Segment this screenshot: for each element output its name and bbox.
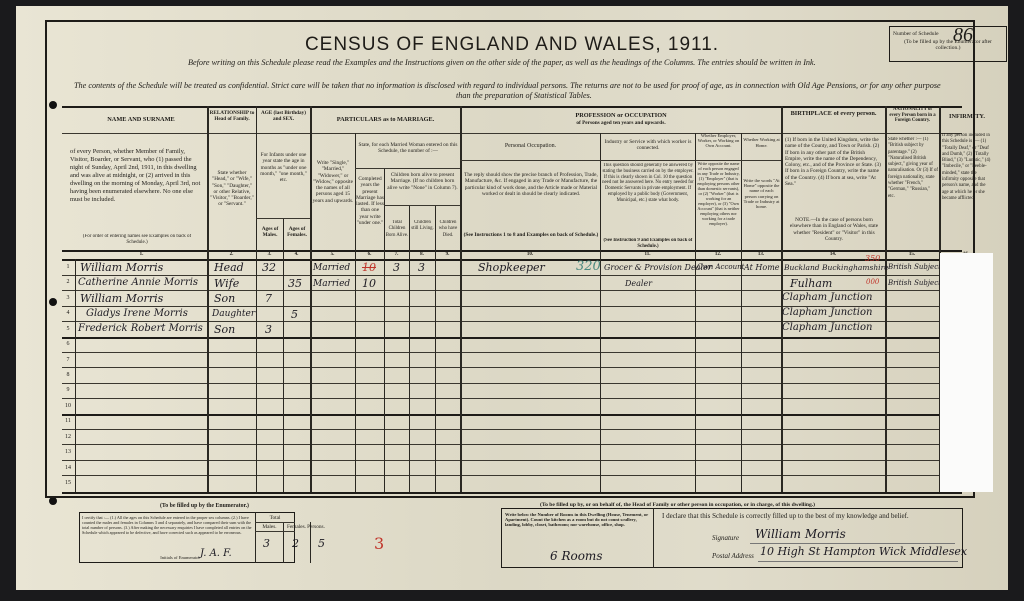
col-divider: [207, 106, 209, 492]
header-personal-title: Personal Occupation.: [462, 143, 599, 149]
person-name[interactable]: William Morris: [80, 292, 163, 305]
row-line: [62, 367, 940, 368]
rownum-divider: [75, 259, 76, 492]
col-divider: [741, 133, 742, 492]
col-divider: [460, 106, 462, 492]
declaration: I declare that this Schedule is correctl…: [662, 512, 909, 520]
row-line: [62, 275, 940, 276]
total-persons[interactable]: 5: [318, 537, 325, 550]
address-label: Postal Address: [712, 552, 754, 560]
occupation-code: 320: [576, 259, 601, 274]
column-number: 12.: [695, 252, 741, 257]
column-number: 3.: [256, 252, 283, 257]
instruction-line: Before writing on this Schedule please r…: [188, 58, 816, 67]
header-marriage-state: State, for each Married Woman entered on…: [357, 142, 459, 155]
total-males[interactable]: 3: [263, 537, 270, 550]
person-name[interactable]: Frederick Robert Morris: [78, 323, 203, 334]
header-age-males: Ages of Males.: [257, 226, 283, 239]
row-line: [62, 383, 940, 384]
header-employer-title: Whether Employer, Worker, or Working on …: [697, 133, 740, 149]
person-occupation[interactable]: Shopkeeper: [478, 261, 545, 274]
header-marriage-condition: Write "Single," "Married," "Widower," or…: [312, 160, 354, 204]
col-divider: [409, 205, 410, 492]
row-line: [62, 352, 940, 353]
header-industry-note: (See Instruction 9 and Examples on back …: [602, 238, 694, 251]
household-divider: [653, 508, 654, 568]
col-divider: [435, 205, 436, 492]
schedule-number-box: Number of Schedule (To be filled up by t…: [889, 26, 1007, 62]
row-number: 3: [63, 295, 73, 301]
column-number: 15.: [885, 252, 939, 257]
header-industry-title: Industry or Service with which worker is…: [602, 139, 694, 152]
redacted-infirmity-area: [940, 253, 993, 492]
person-children-total[interactable]: 3: [393, 261, 400, 274]
confidential-line-2: than the preparation of Statistical Tabl…: [456, 91, 592, 100]
person-birthplace[interactable]: Clapham Junction: [782, 307, 872, 318]
person-condition[interactable]: Married: [313, 279, 350, 289]
row-number: 11: [63, 418, 73, 424]
header-home-title: Whether Working at Home.: [743, 137, 780, 150]
header-employer-body: Write opposite the name of each person e…: [697, 161, 740, 226]
row-number: 6: [63, 341, 73, 347]
person-age-female[interactable]: 5: [291, 308, 298, 321]
col-divider: [283, 218, 284, 492]
row-number: 5: [63, 326, 73, 332]
header-personal-body: The reply should show the precise branch…: [463, 172, 599, 197]
row-line: [62, 290, 940, 291]
birthplace-code: 000: [866, 278, 879, 286]
totals-line: [255, 531, 295, 532]
signature-line: [750, 543, 955, 544]
header-name-title: NAME AND SURNAME: [76, 117, 206, 123]
total-females[interactable]: 2: [292, 537, 299, 550]
person-age-male[interactable]: 32: [262, 261, 276, 274]
enumerator-heading: (To be filled up by the Enumerator.): [160, 503, 249, 509]
header-nationality-body: State whether :— (1) "British subject by…: [888, 137, 938, 200]
birthplace-code: 350: [865, 254, 880, 263]
person-name[interactable]: William Morris: [80, 261, 163, 274]
header-marriage-children: Children born alive to present Marriage.…: [386, 172, 459, 191]
age-subdivider: [256, 218, 310, 219]
person-nationality[interactable]: British Subject: [888, 279, 941, 287]
col-divider: [695, 133, 696, 492]
row-number: 14: [63, 465, 73, 471]
form-title: CENSUS OF ENGLAND AND WALES, 1911.: [0, 34, 1024, 56]
rooms-instruction: Write below the Number of Rooms in this …: [505, 512, 650, 528]
person-employment[interactable]: Own Account: [697, 263, 744, 271]
totals-line: [255, 522, 295, 523]
header-children-total: Total Children Born Alive.: [385, 220, 409, 239]
header-industry-body: This question should generally be answer…: [602, 163, 694, 204]
schedule-number-value[interactable]: 86: [953, 24, 973, 47]
signature[interactable]: William Morris: [755, 527, 846, 541]
row-number: 13: [63, 449, 73, 455]
col-divider: [885, 106, 887, 492]
person-name[interactable]: Catherine Annie Morris: [78, 277, 198, 288]
person-birthplace[interactable]: Clapham Junction: [782, 292, 872, 303]
row-number: 10: [63, 403, 73, 409]
person-age-male[interactable]: 7: [265, 292, 272, 305]
column-number: 9.: [435, 252, 460, 257]
row-line: [62, 444, 940, 445]
schedule-number-label: Number of Schedule: [893, 31, 1003, 37]
header-profession-subtitle: of Persons aged ten years and upwards.: [462, 120, 780, 126]
header-name-body: of every Person, whether Member of Famil…: [70, 148, 202, 204]
header-birthplace-body: (1) If born in the United Kingdom, write…: [785, 137, 883, 187]
person-relationship[interactable]: Head: [214, 261, 244, 274]
person-relationship[interactable]: Daughter: [212, 309, 255, 319]
enumerator-initials[interactable]: J. A. F.: [200, 548, 232, 559]
header-relationship-title: RELATIONSHIP to Head of Family.: [209, 110, 255, 123]
header-age-females: Ages of Females.: [284, 226, 310, 239]
rooms-value[interactable]: 6 Rooms: [550, 549, 602, 563]
person-nationality[interactable]: British Subject: [888, 263, 941, 271]
header-infirmity-body: If any person included in this Schedule …: [942, 133, 993, 202]
persons-label: Persons.: [296, 524, 336, 530]
header-children-living: Children still Living.: [410, 220, 435, 233]
enumerator-certify: I certify that :— (1.) All the ages on t…: [82, 515, 252, 535]
signature-label: Signature: [712, 534, 739, 542]
table-top-line: [62, 106, 962, 108]
person-relationship[interactable]: Wife: [214, 277, 239, 290]
row-line: [62, 460, 940, 461]
row-line-thick: [62, 337, 940, 339]
total-label: Total: [255, 515, 295, 521]
col-divider: [256, 106, 257, 492]
table-bottom-line: [62, 492, 962, 494]
column-number: 6.: [355, 252, 384, 257]
header-birthplace-note: NOTE.—In the case of persons born elsewh…: [785, 217, 883, 242]
col-divider: [384, 168, 385, 492]
row-line: [62, 475, 940, 476]
row-number: 8: [63, 372, 73, 378]
col-divider: [600, 133, 601, 492]
person-age-female[interactable]: 35: [288, 277, 302, 290]
row-line: [62, 398, 940, 399]
header-profession-title: PROFESSION or OCCUPATION: [462, 113, 780, 119]
schedule-number-note: (To be filled up by the Enumerator after…: [893, 39, 1003, 51]
person-at-home[interactable]: At Home: [744, 263, 780, 272]
header-children-died: Children who have Died.: [436, 220, 460, 239]
person-condition[interactable]: Married: [313, 263, 350, 273]
header-marriage-years: Completed years the present Marriage has…: [356, 176, 384, 226]
row-number: 9: [63, 387, 73, 393]
person-children-living[interactable]: 3: [418, 261, 425, 274]
postal-address[interactable]: 10 High St Hampton Wick Middlesex: [760, 545, 967, 558]
column-number: 7.: [384, 252, 409, 257]
marriage-subdivider: [355, 168, 460, 169]
initials-label: Initials of Enumerator: [140, 555, 200, 561]
header-age-body: For Infants under one year state the age…: [258, 152, 309, 183]
header-divider: [62, 133, 962, 134]
address-line: [758, 561, 958, 562]
person-industry-cont: Dealer: [625, 279, 652, 288]
person-relationship[interactable]: Son: [214, 292, 235, 305]
column-number: 2.: [207, 252, 256, 257]
row-number: 1: [63, 264, 73, 270]
row-line-thick: [62, 414, 940, 416]
column-number: 5.: [310, 252, 355, 257]
males-label: Males.: [256, 524, 283, 530]
confidential-line-1: The contents of the Schedule will be tre…: [74, 81, 941, 90]
row-number: 4: [63, 310, 73, 316]
header-home-body: Write the words "At Home" opposite the n…: [743, 178, 780, 209]
person-years-married[interactable]: 10: [362, 261, 376, 274]
header-relationship-body: State whether "Head," or "Wife," "Son," …: [209, 170, 255, 208]
row-number: 15: [63, 480, 73, 486]
header-infirmity-title: INFIRMITY.: [941, 114, 993, 120]
person-industry[interactable]: Grocer & Provision Dealer: [604, 263, 712, 272]
column-number: 4.: [283, 252, 310, 257]
row-number: 12: [63, 434, 73, 440]
row-line: [62, 429, 940, 430]
person-birthplace[interactable]: Clapham Junction: [782, 322, 872, 333]
header-nationality-title: NATIONALITY of every Person born in a Fo…: [887, 107, 938, 124]
column-number: 1.: [76, 252, 207, 257]
row-number: 7: [63, 357, 73, 363]
header-name-note: (For order of entering names see Example…: [72, 234, 202, 247]
column-number: 8.: [409, 252, 435, 257]
row-number: 2: [63, 279, 73, 285]
punch-hole: [49, 497, 57, 505]
header-marriage-title: PARTICULARS as to MARRIAGE.: [312, 117, 459, 123]
children-subdivider: [384, 205, 460, 206]
red-mark: 3: [374, 534, 384, 553]
column-number: 11.: [600, 252, 695, 257]
person-birthplace[interactable]: Fulham: [790, 277, 832, 290]
person-years-married[interactable]: 10: [362, 277, 376, 290]
column-number: 13.: [741, 252, 781, 257]
header-age-title: AGE (last Birthday) and SEX.: [258, 110, 309, 123]
person-birthplace[interactable]: Buckland Buckinghamshire: [784, 263, 889, 272]
person-age-male[interactable]: 3: [265, 323, 272, 336]
header-personal-note: (See Instructions 1 to 8 and Examples on…: [463, 232, 599, 238]
person-name[interactable]: Gladys Irene Morris: [86, 308, 188, 319]
header-birthplace-title: BIRTHPLACE of every person.: [783, 111, 884, 117]
person-relationship[interactable]: Son: [214, 323, 235, 336]
column-number: 10.: [460, 252, 600, 257]
